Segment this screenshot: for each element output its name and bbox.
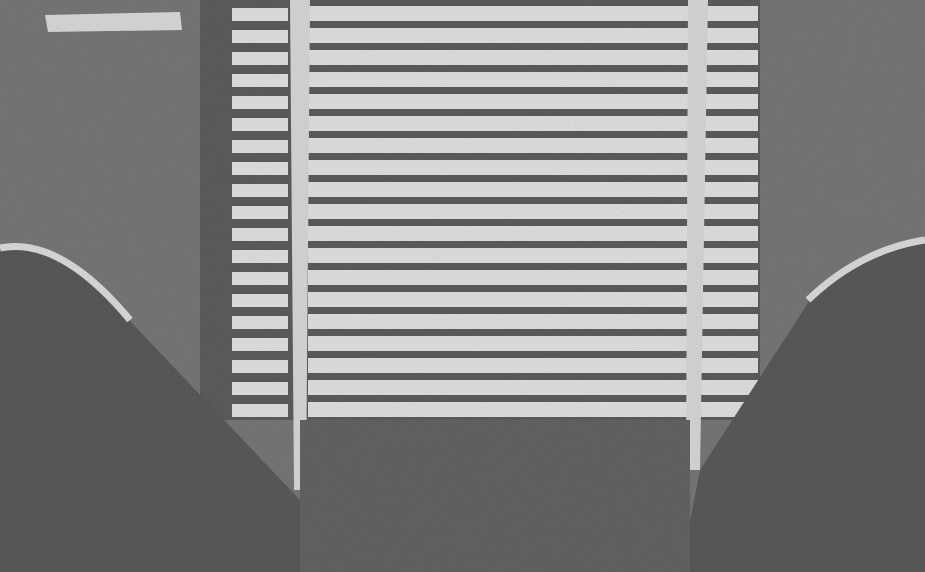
slat-left-section [232,74,288,87]
slat-left-section [232,272,288,285]
slat-left-section [232,316,288,329]
slat-left-section [232,52,288,65]
slat-left-section [232,338,288,351]
slat-left-section [232,30,288,43]
slat-left-section [232,118,288,131]
channel-floor [300,420,690,572]
slat-left-section [232,250,288,263]
slat-left-section [232,294,288,307]
slat-left-section [232,140,288,153]
slatted-structure-scene [0,0,925,572]
slat-left-section [232,360,288,373]
top-left-plank [45,12,182,32]
slat-left-section [232,382,288,395]
slat-left-section [232,96,288,109]
slat-left-section [232,162,288,175]
slat-left-section [232,206,288,219]
slat-left-section [232,228,288,241]
slat-left-section [232,184,288,197]
slat-left-section [232,404,288,417]
photograph [0,0,925,572]
slat-left-section [232,8,288,21]
